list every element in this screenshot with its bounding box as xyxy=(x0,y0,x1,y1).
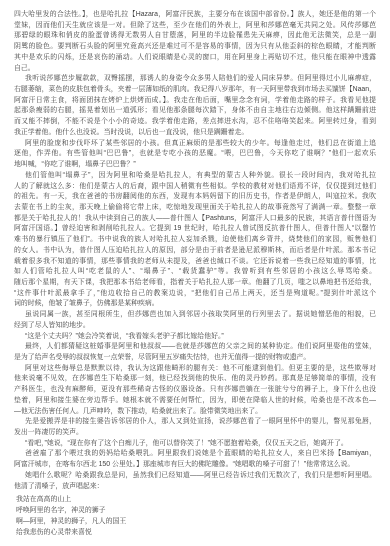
text-line: 他来说毫不见效，在莎娜芭生下哈桑那一刻，他已经找到他的快乐、他的灵丹妙药。那真是… xyxy=(14,374,376,385)
text-line: 的女人。书中认为，普什图人压迫哈扎拉人的原因，部分是由于前者是逊尼派穆斯林，而后… xyxy=(14,246,376,257)
paragraph: 最终，人们都猜疑这桩婚事是阿里和他叔叔——也就是莎娜芭的父亲之间的某种协定。他们… xyxy=(14,342,376,363)
text-line: 的祖先。有一天，我在爸爸的书房翻阅他的东西，发现有本妈妈留下的旧历史书，作者是伊… xyxy=(14,192,376,203)
text-line: 他们管他叫“塌鼻子”，因为阿里和哈桑是哈扎拉人，有典型的蒙古人种外貌。很长一段时… xyxy=(14,171,376,182)
paragraph: 爸爸雇了那个喂过我的奶妈给哈桑喂乳。阿里跟我们说她是个蓝眼睛的哈扎拉女人，来自巴… xyxy=(14,449,376,470)
paragraph: 阿里的脸庞和步伐吓坏了某些邻居的小孩。但真正麻烦的是那些较大的少年。每逢他走过，… xyxy=(14,139,376,171)
text-line: 自己。 xyxy=(14,64,376,75)
text-line: 我正学着他。他什么也没说。当时没说，以后也一直没说，他只是蹒跚着走。 xyxy=(14,128,376,139)
text-line: 阿富汗城市，在喀布尔西北 150 公里处。】那座城市有巨大的佛陀雕像。“她唱歌的… xyxy=(14,460,376,471)
text-line: 经到了尽人皆知的地步。 xyxy=(14,321,376,332)
text-line: 都是关于哈扎拉人的！我从中读到自己的族人——普什图人【Pashtuns，阿富汗人… xyxy=(14,214,376,225)
text-line: 阿富汗日常主食，将面团抹在烤炉上烘烤而成。】。我走在他后面，嘴里念念有词，学着他… xyxy=(14,96,376,107)
text-line: 先是爱搬弄是非的接生婆告诉邻居的仆人，那人又到处宣扬，说莎娜芭看了一眼阿里怀中的… xyxy=(14,417,376,428)
paragraph: “看吧，”她说，“现在你有了这个白痴儿子，他可以替你笑了！”她不愿抱着哈桑，仅仅… xyxy=(14,439,376,450)
text-line: —他无法伤害任何人。几声呻吟，数下推动，哈桑就出来了。脸带微笑地出来了。 xyxy=(14,407,376,418)
text-line: 右腿萎缩，菜色的皮肤包着骨头，夹着一层薄如纸的肌肉。我记得八岁那年，有一天阿里带… xyxy=(14,85,376,96)
text-line: “看吧，”她说，“现在你有了这个白痴儿子，他可以替你笑了！”她不愿抱着哈桑，仅仅… xyxy=(14,439,376,450)
text-line: “这是个丈夫吗？”她会冷笑着说，“我看嫁头老驴子都比嫁给他好。” xyxy=(14,332,376,343)
paragraph: 他们管他叫“塌鼻子”，因为阿里和哈桑是哈扎拉人，有典型的蒙古人种外貌。很长一段时… xyxy=(14,171,376,310)
text-line: 词的时候，他皱了皱鼻子，仿佛那是某种疾病。 xyxy=(14,299,376,310)
text-line: 去蒙在书上的尘灰，那天晚上偷偷将它带上床，吃惊地发现里面关于哈扎拉人的故事竟然写… xyxy=(14,203,376,214)
text-line: 他清了清嗓子，放声唱起来： xyxy=(14,482,376,493)
text-line: 而又能不摔倒，不能不说是个小小的奇迹。我学着他走路，差点摔进水沟，忍不住咯咯笑起… xyxy=(14,117,376,128)
paragraph: 阿里对这些侮辱总是默默以待，我认为这跟他畸形的腿有关：他不可能逮到他们。但更主要… xyxy=(14,364,376,418)
text-line: 阿里的脸庞和步伐吓坏了某些邻居的小孩。但真正麻烦的是那些较大的少年。每逢他走过，… xyxy=(14,139,376,150)
text-line: 其中是欢乐的闪烁，还是哀伤的涌动。人们说眼睛是心灵的窗口，用在阿里身上再贴切不过… xyxy=(14,53,376,64)
text-line: 载着很多我不知道的事情，那些事情我的老师从未提及，爸爸也缄口不谈。它还诉说着一些… xyxy=(14,257,376,268)
text-line: 四大哈里发的合法性。】，也是哈扎拉【Hazara，阿富汗民族，主要分布在该国中部… xyxy=(14,10,376,21)
text-line: 逐他，作弄他。有些管他叫“巴巴鲁”，也就是专吃小孩的恶魔。“喂，巴巴鲁，今天你吃… xyxy=(14,149,376,160)
text-line: 人的了解就这么多：他们是蒙古人的后裔，跟中国人稍微有些相似。学校的教材对他们语焉… xyxy=(14,182,376,193)
text-line: 阿里对这些侮辱总是默默以待，我认为这跟他畸形的腿有关：他不可能逮到他们。但更主要… xyxy=(14,364,376,375)
poem-line: 给我悲伤的心灵带来喜悦 xyxy=(14,528,376,539)
text-line: “这件事什叶派最拿手了，”他边收拾自己的教案边说，“把他们自己吊上两天，还当是殉… xyxy=(14,289,376,300)
text-line: 垫着，阿里和接生婆在旁边帮手。她根本就不需要任何帮忙，因为，即使在降临人世的时候… xyxy=(14,396,376,407)
text-line: 产科医生，也没有麻醉师，更没有那些稀奇古怪的仪器设备。只有莎娜芭躺在一张脏兮兮的… xyxy=(14,385,376,396)
text-line: 是为了给声名受辱的叔叔恢复一点荣誉，尽管阿里五岁痛失怙恃，也并无值得一提的财物或… xyxy=(14,353,376,364)
text-line: 随后那个星期，有天下课，我把那本书给老师看，指着关于哈扎拉人那一章。他翻了几页，… xyxy=(14,278,376,289)
text-line: 那碧绿的眼珠和俏皮的脸蛋曾诱得无数男人自甘堕落，阿里的半边脸罹患先天麻痹，因此他… xyxy=(14,31,376,42)
text-line: 最终，人们都猜疑这桩婚事是阿里和他叔叔——也就是莎娜芭的父亲之间的某种协定。他们… xyxy=(14,342,376,353)
text-line: 起那条瘦弱的右腿，摇晃着划出一道弧形；看见他那条腿每次踏下，身体不由自主地往右边… xyxy=(14,106,376,117)
text-line: 阴骘的脸色。要判断石头脸的阿里究竟高兴还是难过可不是容易的事情，因为只有从他歪斜… xyxy=(14,42,376,53)
text-line: 虽说同属一族，甚至同根所生，但莎娜芭也加入到邻居小孩取笑阿里的行列里去了。据说她… xyxy=(14,310,376,321)
poem-line: 啊—阿里，神灵的狮子，凡人的国王 xyxy=(14,517,376,528)
text-line: 阿富汗国语。】曾经迫害和剥削哈扎拉人。它提到 19 世纪时，哈扎拉人曾试图反抗普… xyxy=(14,224,376,235)
poem-line: 我站在高高的山上 xyxy=(14,495,376,506)
paragraph: 四大哈里发的合法性。】，也是哈扎拉【Hazara，阿富汗民族，主要分布在该国中部… xyxy=(14,10,376,74)
paragraph: 她唱什么歌呢？哈桑跟我总是问，虽然我们已经知道——阿里已经告诉过我们无数次了，我… xyxy=(14,471,376,492)
text-line: 发出一阵凄厉的笑声。 xyxy=(14,428,376,439)
text-line: 地叫喊，“你吃了谁啊，塌鼻子巴巴鲁？” xyxy=(14,160,376,171)
poem-line: 呼唤阿里的名字，神灵的狮子 xyxy=(14,506,376,517)
paragraph: “这是个丈夫吗？”她会冷笑着说，“我看嫁头老驴子都比嫁给他好。” xyxy=(14,332,376,343)
page-text: 四大哈里发的合法性。】，也是哈扎拉【Hazara，阿富汗民族，主要分布在该国中部… xyxy=(14,10,376,538)
text-line: 我听说莎娜芭步履款款，双臀摇摆，那诱人的身姿令众多男人陪他们的爱人同床异梦。但阿… xyxy=(14,74,376,85)
text-line: 她唱什么歌呢？哈桑跟我总是问，虽然我们已经知道——阿里已经告诉过我们无数次了，我… xyxy=(14,471,376,482)
paragraph: 先是爱搬弄是非的接生婆告诉邻居的仆人，那人又到处宣扬，说莎娜芭看了一眼阿里怀中的… xyxy=(14,417,376,438)
text-line: 爸爸雇了那个喂过我的奶妈给哈桑喂乳。阿里跟我们说她是个蓝眼睛的哈扎拉女人，来自巴… xyxy=(14,449,376,460)
paragraph: 我听说莎娜芭步履款款，双臀摇摆，那诱人的身姿令众多男人陪他们的爱人同床异梦。但阿… xyxy=(14,74,376,138)
poem-stanza: 我站在高高的山上呼唤阿里的名字，神灵的狮子啊—阿里，神灵的狮子，凡人的国王给我悲… xyxy=(14,495,376,538)
text-line: 堂妹，因而他们天生就应该是一对。但除了这些，至少在他们的外表上，阿里和莎娜芭毫无… xyxy=(14,21,376,32)
text-line: 如人们管哈扎拉人叫“吃老鼠的人”、“塌鼻子”、“载货蠢驴”等。我曾听到有些邻居的… xyxy=(14,267,376,278)
text-line: 难书的暴行镇压了他们”。书中说我的族人对哈扎拉人妄加杀戮，迫使他们离乡背井，烧焚… xyxy=(14,235,376,246)
paragraph: 虽说同属一族，甚至同根所生，但莎娜芭也加入到邻居小孩取笑阿里的行列里去了。据说她… xyxy=(14,310,376,331)
document-page: 四大哈里发的合法性。】，也是哈扎拉【Hazara，阿富汗民族，主要分布在该国中部… xyxy=(0,0,390,546)
